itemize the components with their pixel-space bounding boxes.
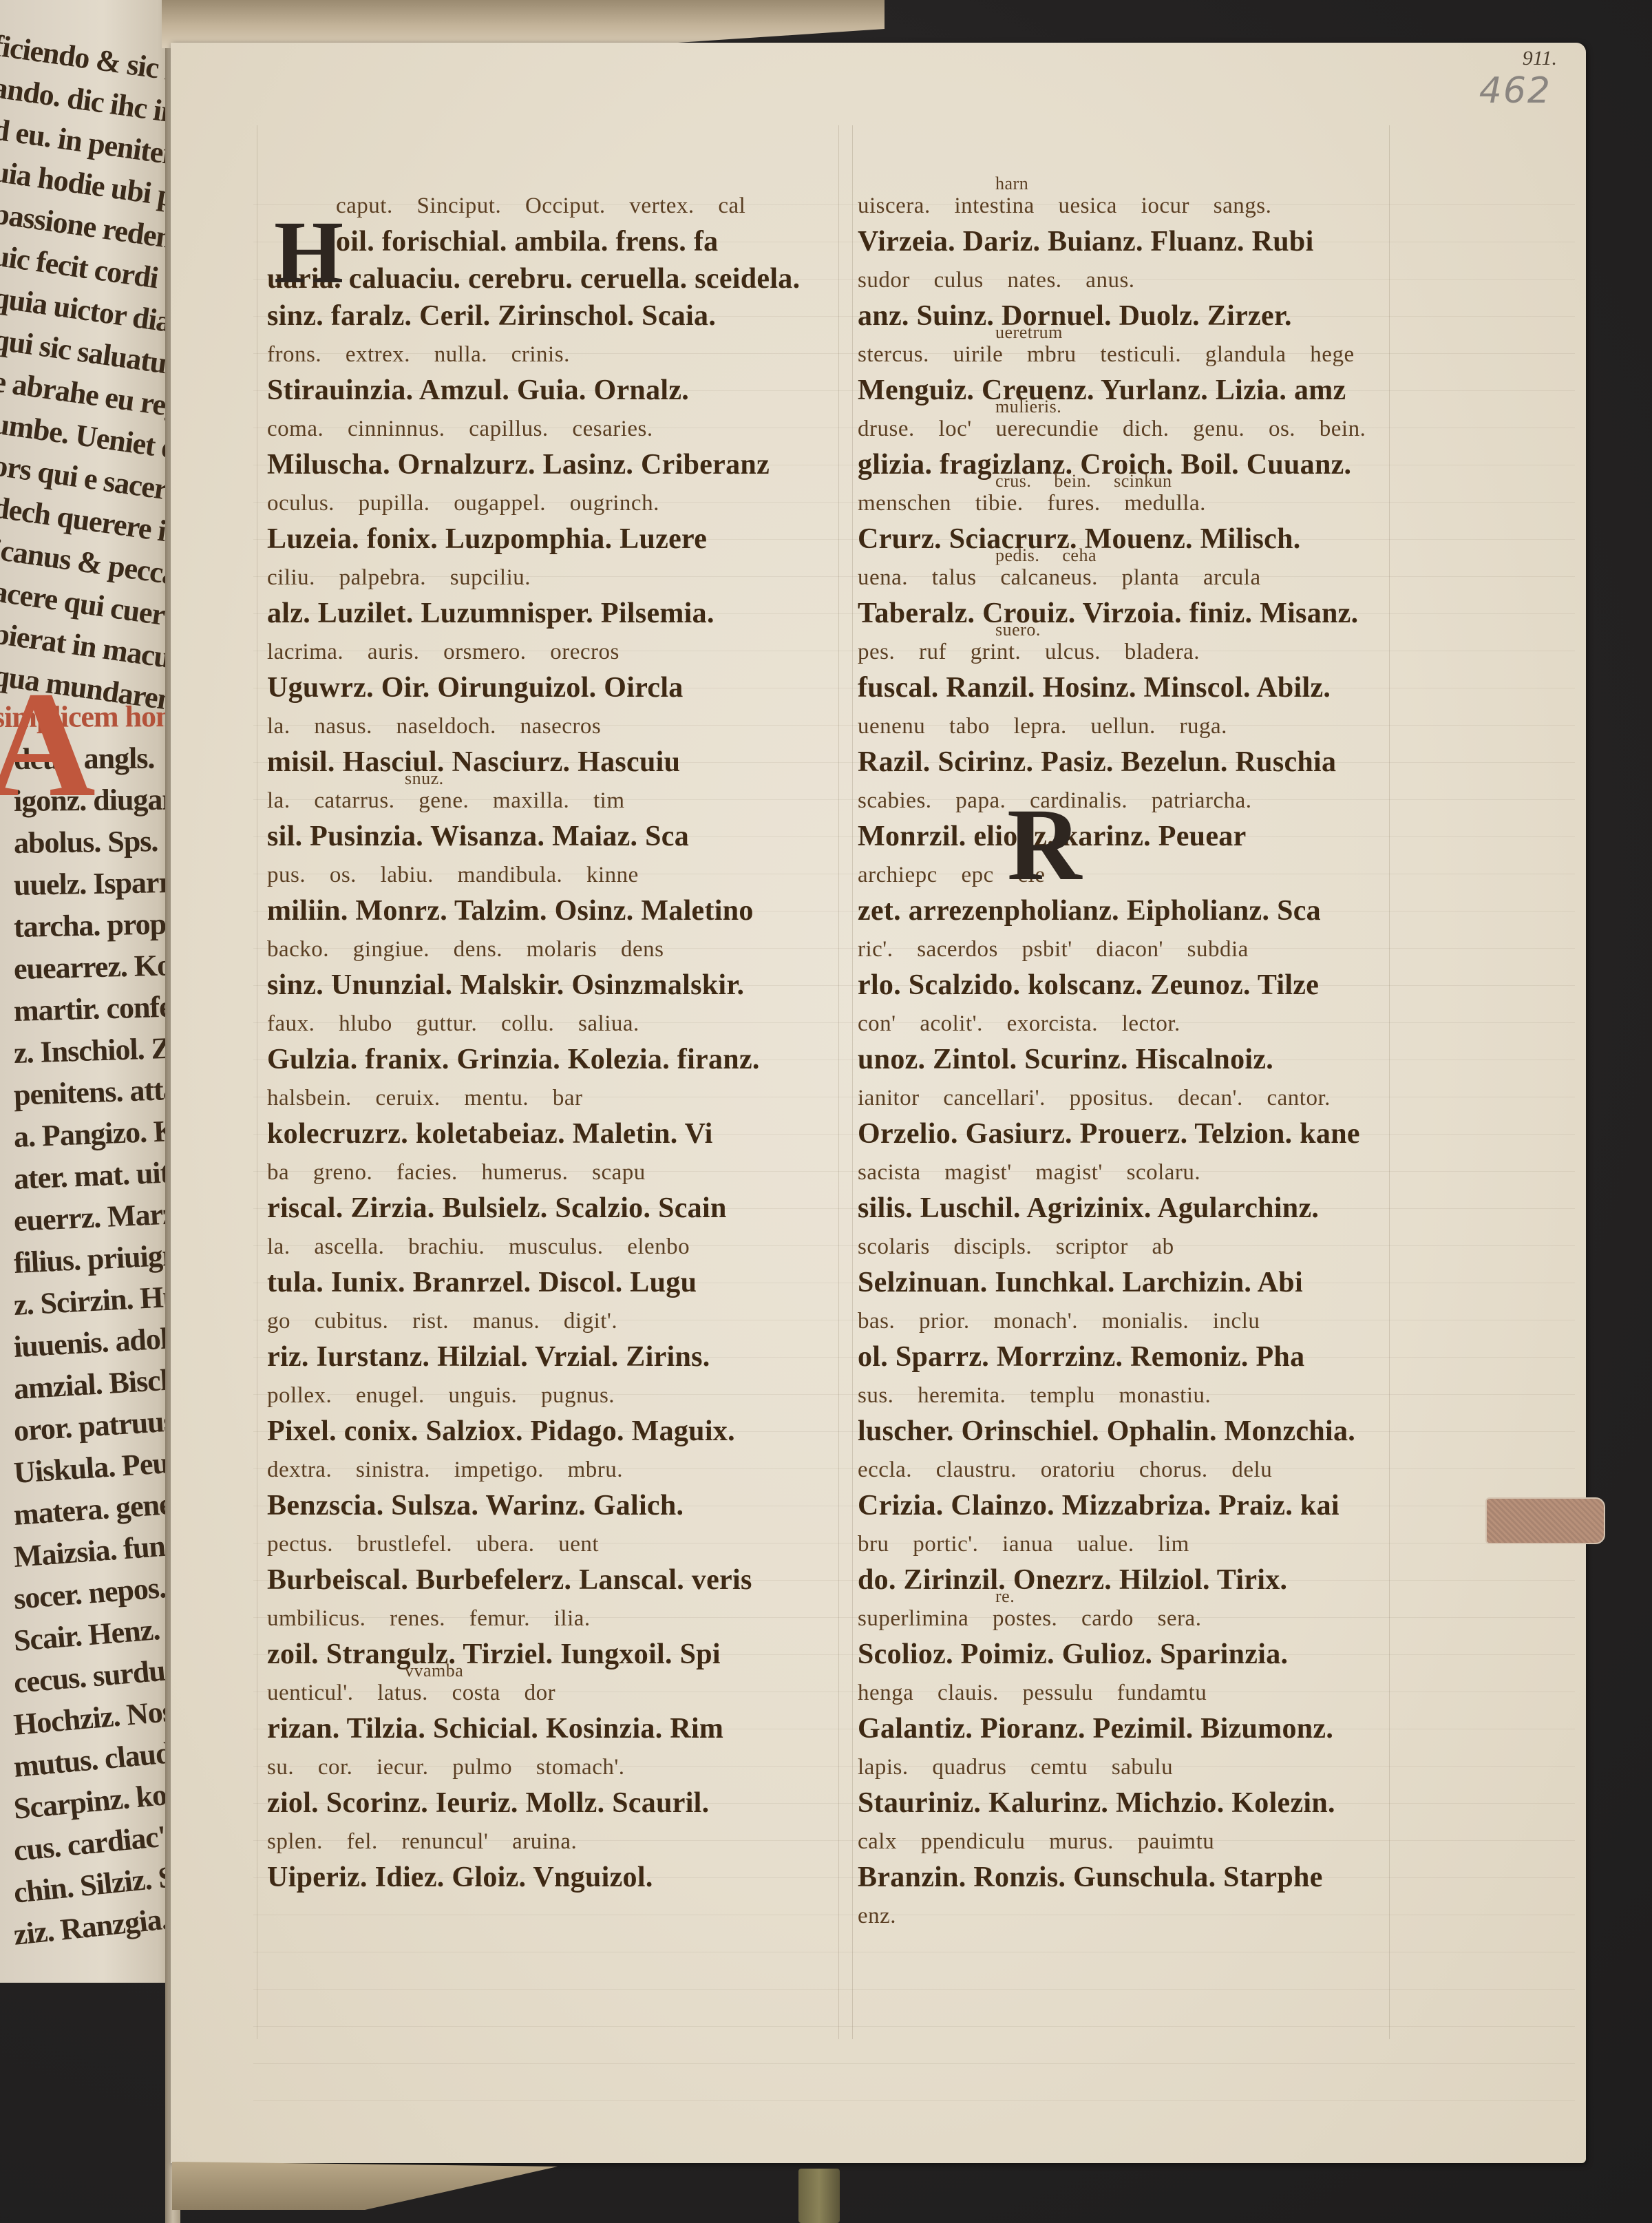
ruling-line [253,1989,1575,1990]
line-text: druse. loc' uerecundie dich. genu. os. b… [858,417,1366,441]
lingua-ignota-line: oil. forischial. ambila. frens. fa [267,224,838,262]
lingua-ignota-line: rlo. Scalzido. kolscanz. Zeunoz. Tilze [858,968,1429,1005]
lingua-ignota-line: sinz. faralz. Ceril. Zirinschol. Scaia. [267,299,838,336]
latin-gloss-line: sudor culus nates. anus. [858,262,1429,299]
lingua-ignota-line: ol. Sparrz. Morrzinz. Remoniz. Pha [858,1340,1429,1377]
latin-gloss-line: ciliu. palpebra. supciliu. [267,559,838,596]
interlinear-gloss: ueretrum [995,324,1063,341]
line-text: ol. Sparrz. Morrzinz. Remoniz. Pha [858,1341,1304,1373]
line-text: uenenu tabo lepra. uellun. ruga. [858,714,1227,739]
latin-gloss-line: henga clauis. pessulu fundamtu [858,1674,1429,1711]
latin-gloss-line: su. cor. iecur. pulmo stomach'. [267,1749,838,1786]
line-text: pus. os. labiu. mandibula. kinne [267,863,639,887]
line-text: eccla. claustru. oratoriu chorus. delu [858,1457,1272,1482]
line-text: pes. ruf grint. ulcus. bladera. [858,640,1200,664]
lingua-ignota-line: Crurz. Sciacrurz. Mouenz. Milisch. [858,522,1429,559]
latin-gloss-line: scolaris discipls. scriptor ab [858,1228,1429,1265]
line-text: stercus. uirile mbru testiculi. glandula… [858,342,1355,367]
line-text: fuscal. Ranzil. Hosinz. Minscol. Abilz. [858,672,1331,704]
line-text: uaria. caluaciu. cerebru. ceruella. scei… [267,263,800,295]
interlinear-gloss: pedis. ceha [995,547,1097,565]
lingua-ignota-line: luscher. Orinschiel. Ophalin. Monzchia. [858,1414,1429,1451]
line-text: splen. fel. renuncul' aruina. [267,1829,577,1854]
lingua-ignota-line: fuscal. Ranzil. Hosinz. Minscol. Abilz. [858,671,1429,708]
latin-gloss-line: ba greno. facies. humerus. scapu [267,1154,838,1191]
line-text: ianitor cancellari'. ppositus. decan'. c… [858,1086,1331,1110]
latin-gloss-line: lapis. quadrus cemtu sabulu [858,1749,1429,1786]
latin-gloss-line: backo. gingiue. dens. molaris dens [267,931,838,968]
line-text: Razil. Scirinz. Pasiz. Bezelun. Ruschia [858,746,1336,778]
latin-gloss-line: la. nasus. naseldoch. nasecros [267,708,838,745]
line-text: ric'. sacerdos psbit' diacon' subdia [858,937,1249,962]
ruling-line [253,2100,1575,2101]
latin-gloss-line: sacista magist' magist' scolaru. [858,1154,1429,1191]
line-text: la. ascella. brachiu. musculus. elenbo [267,1234,690,1259]
line-text: rlo. Scalzido. kolscanz. Zeunoz. Tilze [858,969,1319,1001]
line-text: silis. Luschil. Agrizinix. Agularchinz. [858,1192,1319,1224]
lingua-ignota-line: Luzeia. fonix. Luzpomphia. Luzere [267,522,838,559]
line-text: sacista magist' magist' scolaru. [858,1160,1200,1185]
ruling-line [253,1952,1575,1952]
left-page-line: z. Scirzin. Hulzscirrz. [13,1274,172,1323]
lingua-ignota-line: miliin. Monrz. Talzim. Osinz. Maletino [267,894,838,931]
latin-gloss-line: stercus. uirile mbru testiculi. glandula… [858,336,1429,373]
rubricated-initial-a: A [0,657,96,832]
lingua-ignota-line: alz. Luzilet. Luzumnisper. Pilsemia. [267,596,838,633]
line-text: uiscera. intestina uesica iocur sangs. [858,193,1271,218]
line-text: pollex. enugel. unguis. pugnus. [267,1383,615,1408]
latin-gloss-line: splen. fel. renuncul' aruina. [267,1823,838,1860]
latin-gloss-line: calx ppendiculu murus. pauimtu [858,1823,1429,1860]
latin-gloss-line: bru portic'. ianua ualue. lim [858,1526,1429,1563]
lingua-ignota-line: zet. arrezenpholianz. Eipholianz. Sca [858,894,1429,931]
line-text: Pixel. conix. Salziox. Pidago. Maguix. [267,1415,735,1447]
latin-gloss-line: druse. loc' uerecundie dich. genu. os. b… [858,410,1429,447]
lingua-ignota-line: riz. Iurstanz. Hilzial. Vrzial. Zirins. [267,1340,838,1377]
latin-gloss-line: pollex. enugel. unguis. pugnus. [267,1377,838,1414]
line-text: do. Zirinzil. Onezrz. Hilziol. Tirix. [858,1564,1287,1596]
latin-gloss-line: bas. prior. monach'. monialis. inclu [858,1303,1429,1340]
line-text: Benzscia. Sulsza. Warinz. Galich. [267,1490,684,1521]
line-text: tula. Iunix. Branrzel. Discol. Lugu [267,1267,697,1298]
line-text: Virzeia. Dariz. Buianz. Fluanz. Rubi [858,226,1314,257]
line-text: Uguwrz. Oir. Oirunguizol. Oircla [267,672,684,704]
line-text: misil. Hasciul. Nasciurz. Hascuiu [267,746,680,778]
line-text: Galantiz. Pioranz. Pezimil. Bizumonz. [858,1713,1333,1745]
folio-number-pencil: 462 [1479,70,1552,112]
lingua-ignota-line: Virzeia. Dariz. Buianz. Fluanz. Rubi [858,224,1429,262]
line-text: Crizia. Clainzo. Mizzabriza. Praiz. kai [858,1490,1339,1521]
left-page-line: iuuenis. adolescens. [13,1316,172,1365]
line-text: Uiperiz. Idiez. Gloiz. Vnguizol. [267,1862,653,1893]
lingua-ignota-line: Uguwrz. Oir. Oirunguizol. Oircla [267,671,838,708]
latin-gloss-line: archiepc epc cle [858,856,1429,894]
latin-gloss-line: la. ascella. brachiu. musculus. elenbo [267,1228,838,1265]
lingua-ignota-line: Stirauinzia. Amzul. Guia. Ornalz. [267,373,838,410]
line-text: backo. gingiue. dens. molaris dens [267,937,664,962]
left-page-line: martir. confessor. [13,987,172,1029]
left-page-line: oror. patruus. auunc [12,1398,172,1448]
line-text: Branzin. Ronzis. Gunschula. Starphe [858,1862,1323,1893]
interlinear-gloss: vvamba [405,1662,463,1680]
lingua-ignota-line: do. Zirinzil. Onezrz. Hilziol. Tirix. [858,1563,1429,1600]
interlinear-gloss: harn [995,175,1028,193]
ruling-line [253,2026,1575,2027]
lingua-ignota-line: silis. Luschil. Agrizinix. Agularchinz. [858,1191,1429,1228]
line-text: la. catarrus. gene. maxilla. tim [267,788,625,813]
line-text: henga clauis. pessulu fundamtu [858,1681,1207,1705]
lingua-ignota-line: Pixel. conix. Salziox. Pidago. Maguix. [267,1414,838,1451]
lingua-ignota-line: misil. Hasciul. Nasciurz. Hascuiu [267,745,838,782]
left-page-line: ater. mat. uitricus. [13,1152,172,1197]
lingua-ignota-line: Branzin. Ronzis. Gunschula. Starphe [858,1860,1429,1897]
left-facing-page: ficiendo & sic in eo usq;ando. dic ihc i… [0,0,172,1983]
right-text-column: uiscera. intestina uesica iocur sangs.ha… [858,187,1429,1935]
left-page-line: uuelz. Isparrz. Inimoiz. [14,863,172,903]
line-text: calx ppendiculu murus. pauimtu [858,1829,1214,1854]
latin-gloss-line: umbilicus. renes. femur. ilia. [267,1600,838,1637]
latin-gloss-line: caput. Sinciput. Occiput. vertex. cal [267,187,838,224]
line-text: lapis. quadrus cemtu sabulu [858,1755,1173,1780]
line-text: umbilicus. renes. femur. ilia. [267,1606,591,1631]
latin-gloss-line: la. catarrus. gene. maxilla. timsnuz. [267,782,838,819]
latin-gloss-line: pectus. brustlefel. ubera. uent [267,1526,838,1563]
line-text: scolaris discipls. scriptor ab [858,1234,1174,1259]
latin-gloss-line: scabies. papa. cardinalis. patriarcha. [858,782,1429,819]
line-text: miliin. Monrz. Talzim. Osinz. Maletino [267,895,754,927]
line-text: zet. arrezenpholianz. Eipholianz. Sca [858,895,1321,927]
lingua-ignota-line: ziol. Scorinz. Ieuriz. Mollz. Scauril. [267,1786,838,1823]
left-page-line: euearrez. Korzinthio. [13,945,172,987]
interlinear-gloss: mulieris. [995,398,1061,416]
ruling-line [257,125,257,2039]
latin-gloss-line: pus. os. labiu. mandibula. kinne [267,856,838,894]
line-text: Selzinuan. Iunchkal. Larchizin. Abi [858,1267,1303,1298]
line-text: con' acolit'. exorcista. lector. [858,1011,1180,1036]
left-page-line: euerrz. Marz. Hulzpeuer [13,1190,172,1239]
lingua-ignota-line: Menguiz. Creuenz. Yurlanz. Lizia. amz [858,373,1429,410]
left-page-line: penitens. attauus. [13,1070,172,1113]
latin-gloss-line: dextra. sinistra. impetigo. mbru. [267,1451,838,1488]
line-text: sus. heremita. templu monastiu. [858,1383,1211,1408]
line-text: dextra. sinistra. impetigo. mbru. [267,1457,623,1482]
lingua-ignota-line: Razil. Scirinz. Pasiz. Bezelun. Ruschia [858,745,1429,782]
line-text: go cubitus. rist. manus. digit'. [267,1309,617,1334]
line-text: uena. talus calcaneus. planta arcula [858,565,1261,590]
latin-gloss-line: eccla. claustru. oratoriu chorus. delu [858,1451,1429,1488]
line-text: Luzeia. fonix. Luzpomphia. Luzere [267,523,707,555]
lingua-ignota-line: zoil. Strangulz. Tirziel. Iungxoil. Spi [267,1637,838,1674]
lingua-ignota-line: Galantiz. Pioranz. Pezimil. Bizumonz. [858,1711,1429,1749]
lingua-ignota-line: unoz. Zintol. Scurinz. Hiscalnoiz. [858,1042,1429,1079]
left-page-line: ziz. Ranzgia. [12,1901,169,1952]
folio-number-ink: 911. [1523,47,1557,70]
line-text: menschen tibie. fures. medulla. [858,491,1206,516]
page-tab-marker[interactable] [1485,1497,1605,1544]
left-page-line: a. Pangizo. Kulzpharur. [13,1108,172,1155]
line-text: Miluscha. Ornalzurz. Lasinz. Criberanz [267,449,770,481]
line-text: unoz. Zintol. Scurinz. Hiscalnoiz. [858,1044,1273,1075]
lingua-ignota-line: Scolioz. Poimiz. Gulioz. Sparinzia. [858,1637,1429,1674]
left-page-line: filius. priuignus. [13,1236,172,1281]
left-text-column: caput. Sinciput. Occiput. vertex. caloil… [267,187,838,1897]
lingua-ignota-line: Burbeiscal. Burbefelerz. Lanscal. veris [267,1563,838,1600]
line-text: oil. forischial. ambila. frens. fa [336,226,718,257]
line-text: enz. [858,1904,896,1928]
decorated-initial-r: R [1007,793,1081,896]
line-text: frons. extrex. nulla. crinis. [267,342,570,367]
interlinear-gloss: suero. [995,621,1041,639]
line-text: oculus. pupilla. ougappel. ougrinch. [267,491,659,516]
latin-gloss-line: go cubitus. rist. manus. digit'. [267,1303,838,1340]
line-text: caput. Sinciput. Occiput. vertex. cal [336,193,745,218]
interlinear-gloss: snuz. [405,770,444,788]
lingua-ignota-line: Orzelio. Gasiurz. Prouerz. Telzion. kane [858,1117,1429,1154]
ruling-line [852,125,853,2039]
line-text: faux. hlubo guttur. collu. saliua. [267,1011,639,1036]
line-text: anz. Suinz. Dornuel. Duolz. Zirzer. [858,300,1292,332]
line-text: sil. Pusinzia. Wisanza. Maiaz. Sca [267,821,689,852]
lingua-ignota-line: Gulzia. franix. Grinzia. Kolezia. firanz… [267,1042,838,1079]
left-page-line: z. Inschiol. Zanziuer. [13,1027,172,1071]
latin-gloss-line: menschen tibie. fures. medulla.crus. bei… [858,485,1429,522]
line-text: ba greno. facies. humerus. scapu [267,1160,646,1185]
lingua-ignota-line: Uiperiz. Idiez. Gloiz. Vnguizol. [267,1860,838,1897]
latin-gloss-line: oculus. pupilla. ougappel. ougrinch. [267,485,838,522]
line-text: ziol. Scorinz. Ieuriz. Mollz. Scauril. [267,1787,709,1819]
line-text: Stauriniz. Kalurinz. Michzio. Kolezin. [858,1787,1335,1819]
line-text: alz. Luzilet. Luzumnisper. Pilsemia. [267,598,714,629]
manuscript-page: 911. 462 caput. Sinciput. Occiput. verte… [171,43,1586,2163]
line-text: pectus. brustlefel. ubera. uent [267,1532,599,1557]
line-text: rizan. Tilzia. Schicial. Kosinzia. Rim [267,1713,723,1745]
line-text: kolecruzrz. koletabeiaz. Maletin. Vi [267,1118,713,1150]
latin-gloss-line: frons. extrex. nulla. crinis. [267,336,838,373]
latin-gloss-line: superlimina postes. cardo sera.re. [858,1600,1429,1637]
ruling-line [838,125,839,2039]
latin-gloss-line: uenenu tabo lepra. uellun. ruga. [858,708,1429,745]
latin-gloss-line: ianitor cancellari'. ppositus. decan'. c… [858,1079,1429,1117]
line-text: bas. prior. monach'. monialis. inclu [858,1309,1260,1334]
lingua-ignota-line: Benzscia. Sulsza. Warinz. Galich. [267,1488,838,1526]
book-clasp [798,2169,840,2223]
lingua-ignota-line: Selzinuan. Iunchkal. Larchizin. Abi [858,1265,1429,1303]
lingua-ignota-line: anz. Suinz. Dornuel. Duolz. Zirzer. [858,299,1429,336]
latin-gloss-line: halsbein. ceruix. mentu. bar [267,1079,838,1117]
lingua-ignota-line: sil. Pusinzia. Wisanza. Maiaz. Sca [267,819,838,856]
line-text: uenticul'. latus. costa dor [267,1681,555,1705]
line-text: sudor culus nates. anus. [858,268,1135,293]
line-text: bru portic'. ianua ualue. lim [858,1532,1189,1557]
lingua-ignota-line: Monrzil. elionz. karinz. Peuear [858,819,1429,856]
line-text: halsbein. ceruix. mentu. bar [267,1086,583,1110]
line-text: zoil. Strangulz. Tirziel. Iungxoil. Spi [267,1639,721,1670]
line-text: sinz. Ununzial. Malskir. Osinzmalskir. [267,969,744,1001]
line-text: riz. Iurstanz. Hilzial. Vrzial. Zirins. [267,1341,710,1373]
line-text: Stirauinzia. Amzul. Guia. Ornalz. [267,375,689,406]
left-page-line: tarcha. propha. [13,905,172,945]
interlinear-gloss: crus. bein. scinkun [995,472,1172,490]
line-text: ciliu. palpebra. supciliu. [267,565,531,590]
lingua-ignota-line: Miluscha. Ornalzurz. Lasinz. Criberanz [267,447,838,485]
interlinear-gloss: re. [995,1588,1015,1605]
lingua-ignota-line: riscal. Zirzia. Bulsielz. Scalzio. Scain [267,1191,838,1228]
line-text: riscal. Zirzia. Bulsielz. Scalzio. Scain [267,1192,727,1224]
line-text: la. nasus. naseldoch. nasecros [267,714,601,739]
decorated-initial-h: H [274,208,343,297]
latin-gloss-line: faux. hlubo guttur. collu. saliua. [267,1005,838,1042]
latin-gloss-line: uenticul'. latus. costa dorvvamba [267,1674,838,1711]
line-text: Taberalz. Crouiz. Virzoia. finiz. Misanz… [858,598,1358,629]
line-text: lacrima. auris. orsmero. orecros [267,640,619,664]
lingua-ignota-line: Taberalz. Crouiz. Virzoia. finiz. Misanz… [858,596,1429,633]
lingua-ignota-line: tula. Iunix. Branrzel. Discol. Lugu [267,1265,838,1303]
latin-gloss-line: con' acolit'. exorcista. lector. [858,1005,1429,1042]
latin-gloss-line: uiscera. intestina uesica iocur sangs.ha… [858,187,1429,224]
line-text: Menguiz. Creuenz. Yurlanz. Lizia. amz [858,375,1346,406]
lingua-ignota-line: kolecruzrz. koletabeiaz. Maletin. Vi [267,1117,838,1154]
latin-gloss-line: coma. cinninnus. capillus. cesaries. [267,410,838,447]
latin-gloss-line: lacrima. auris. orsmero. orecros [267,633,838,671]
line-text: Burbeiscal. Burbefelerz. Lanscal. veris [267,1564,752,1596]
lingua-ignota-line: sinz. Ununzial. Malskir. Osinzmalskir. [267,968,838,1005]
line-text: Gulzia. franix. Grinzia. Kolezia. firanz… [267,1044,760,1075]
latin-gloss-line: enz. [858,1897,1429,1935]
line-text: Scolioz. Poimiz. Gulioz. Sparinzia. [858,1639,1288,1670]
line-text: su. cor. iecur. pulmo stomach'. [267,1755,625,1780]
ruling-line [253,2063,1575,2064]
line-text: sinz. faralz. Ceril. Zirinschol. Scaia. [267,300,716,332]
lingua-ignota-line: rizan. Tilzia. Schicial. Kosinzia. Rim [267,1711,838,1749]
latin-gloss-line: uena. talus calcaneus. planta arculapedi… [858,559,1429,596]
latin-gloss-line: ric'. sacerdos psbit' diacon' subdia [858,931,1429,968]
latin-gloss-line: pes. ruf grint. ulcus. bladera.suero. [858,633,1429,671]
line-text: Orzelio. Gasiurz. Prouerz. Telzion. kane [858,1118,1360,1150]
line-text: superlimina postes. cardo sera. [858,1606,1201,1631]
line-text: luscher. Orinschiel. Ophalin. Monzchia. [858,1415,1355,1447]
latin-gloss-line: sus. heremita. templu monastiu. [858,1377,1429,1414]
line-text: coma. cinninnus. capillus. cesaries. [267,417,653,441]
lingua-ignota-line: Stauriniz. Kalurinz. Michzio. Kolezin. [858,1786,1429,1823]
lingua-ignota-line: uaria. caluaciu. cerebru. ceruella. scei… [267,262,838,299]
lingua-ignota-line: Crizia. Clainzo. Mizzabriza. Praiz. kai [858,1488,1429,1526]
